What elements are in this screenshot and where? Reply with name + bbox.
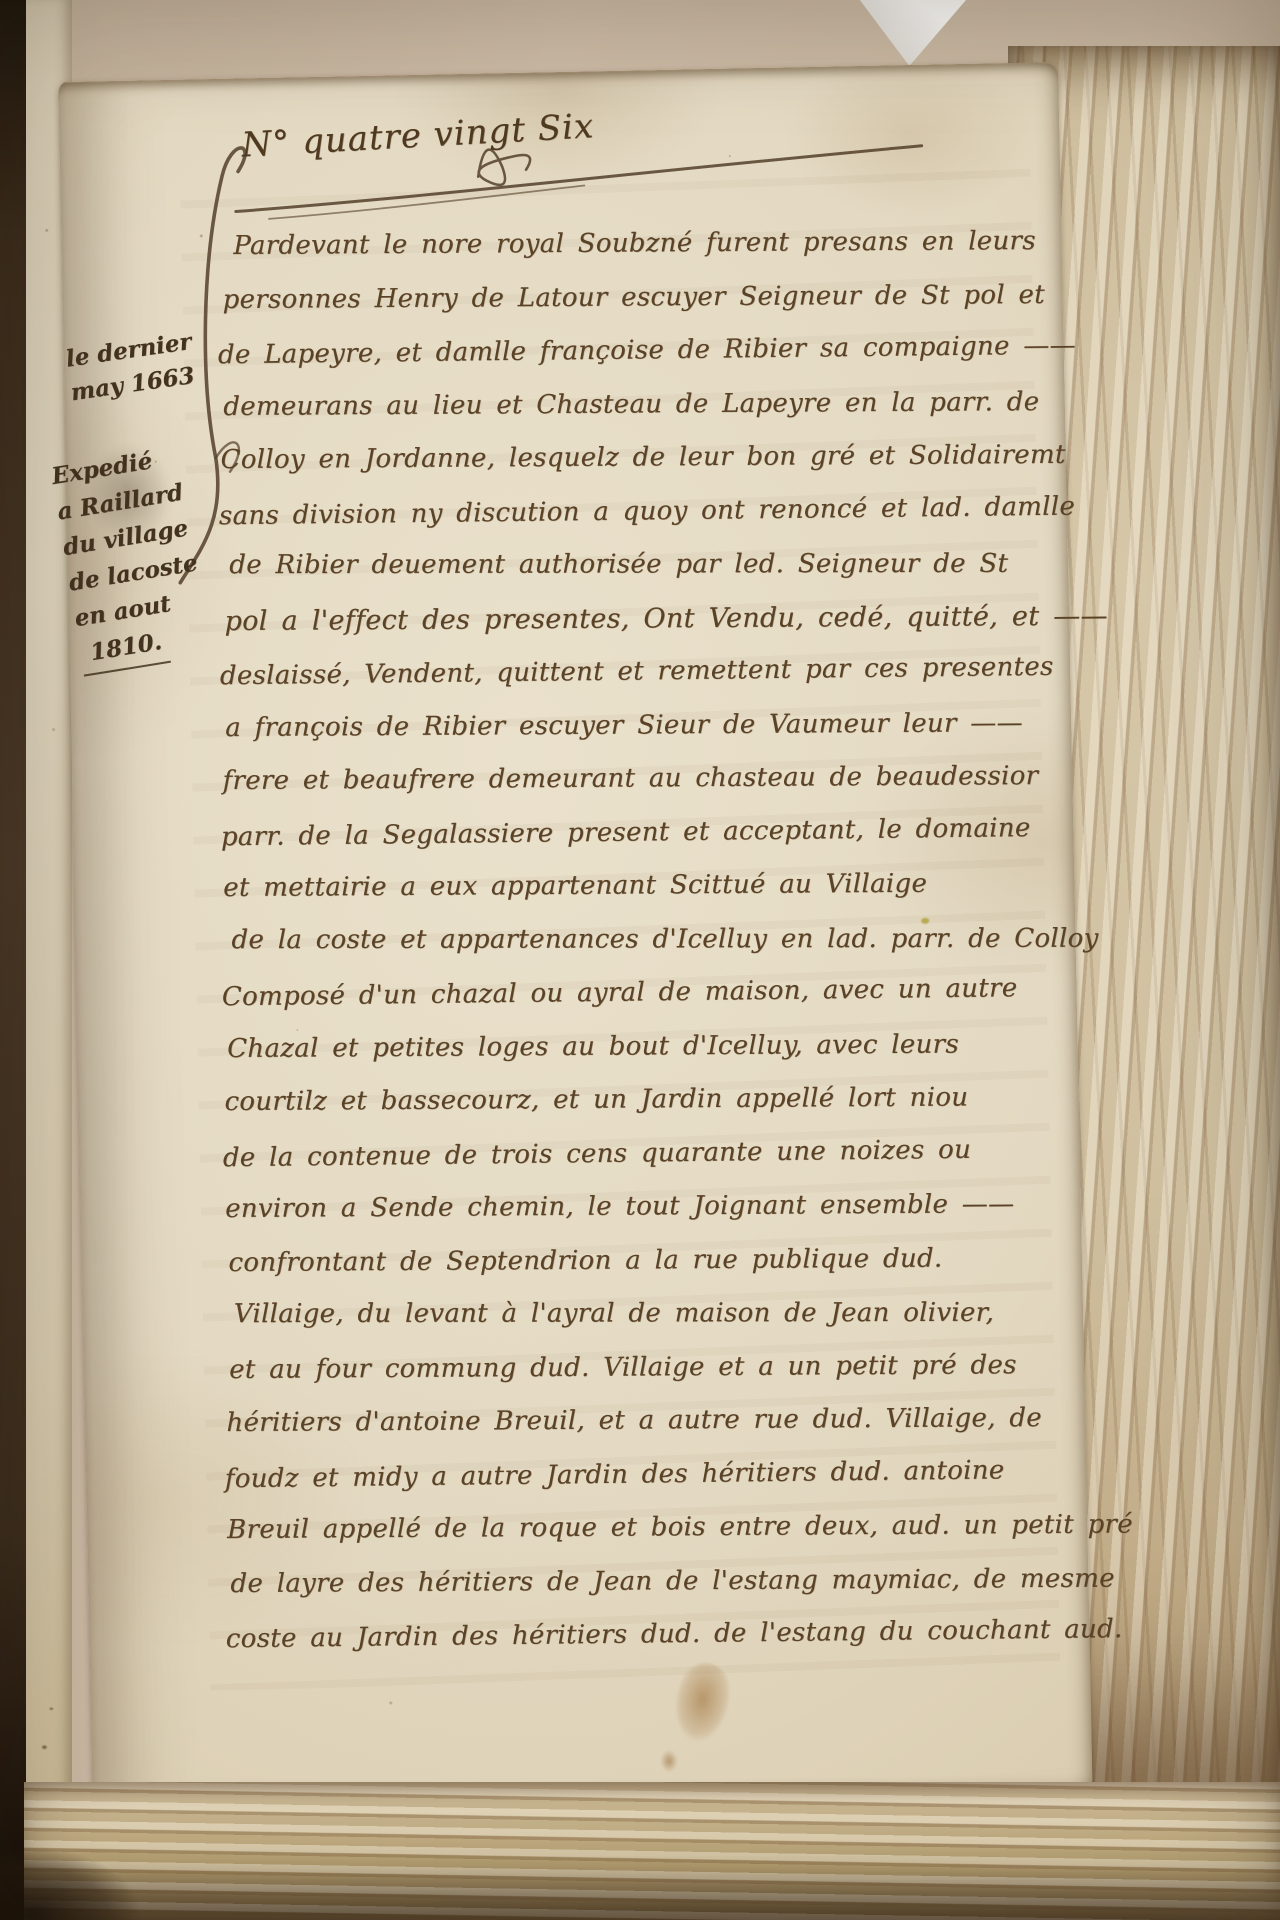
bottom-page-edges [24, 1782, 1280, 1920]
manuscript-line: de la contenue de trois cens quarante un… [223, 1122, 1070, 1185]
manuscript-line: de Ribier deuement authorisée par led. S… [229, 538, 1075, 593]
manuscript-line: foudz et midy a autre Jardin des héritie… [225, 1443, 1072, 1506]
manuscript-line: Breuil appellé de la roque et bois entre… [227, 1499, 1073, 1558]
manuscript-line: confrontant de Septendrion a la rue publ… [228, 1231, 1074, 1290]
manuscript-line: Pardevant le nore royal Soubzné furent p… [219, 215, 1065, 274]
manuscript-line: demeurans au lieu et Chasteau de Lapeyre… [223, 375, 1069, 434]
manuscript-line: parr. de la Segalassiere present et acce… [221, 801, 1068, 864]
manuscript-line: environ a Sende chemin, le tout Joignant… [225, 1178, 1071, 1237]
manuscript-line: sans division ny discution a quoy ont re… [219, 480, 1066, 543]
manuscript-page: N° quatre vingt Six le dernier may 1663 … [58, 62, 1093, 1813]
manuscript-line: héritiers d'antoine Breuil, et a autre r… [226, 1392, 1072, 1451]
manuscript-line: de layre des héritiers de Jean de l'esta… [230, 1552, 1076, 1611]
manuscript-line: et mettairie a eux appartenant Scittué a… [223, 857, 1069, 916]
manuscript-line: et au four commung dud. Villaige et a un… [229, 1338, 1075, 1397]
manuscript-line: Composé d'un chazal ou ayral de maison, … [222, 962, 1069, 1025]
manuscript-line: a françois de Ribier escuyer Sieur de Va… [225, 696, 1071, 755]
manuscript-line: frere et beaufrere demeurant au chasteau… [222, 750, 1068, 809]
bottom-left-shadow [0, 1822, 170, 1920]
manuscript-line: de Lapeyre, et damlle françoise de Ribie… [218, 320, 1065, 383]
manuscript-line: courtilz et bassecourz, et un Jardin app… [224, 1071, 1070, 1130]
book-spine [0, 0, 26, 1920]
manuscript-line: coste au Jardin des héritiers dud. de l'… [226, 1604, 1073, 1667]
manuscript-line: Colloy en Jordanne, lesquelz de leur bon… [220, 429, 1066, 488]
act-body-text: Pardevant le nore royal Soubzné furent p… [219, 215, 1074, 1665]
manuscript-line: de la coste et appartenances d'Icelluy e… [231, 912, 1077, 967]
manuscript-line: Chazal et petites loges au bout d'Icellu… [227, 1017, 1073, 1076]
manuscript-line: Villaige, du levant à l'ayral de maison … [234, 1287, 1080, 1342]
manuscript-line: deslaissé, Vendent, quittent et remetten… [220, 641, 1067, 704]
manuscript-line: personnes Henry de Latour escuyer Seigne… [222, 268, 1068, 327]
manuscript-line: pol a l'effect des presentes, Ont Vendu,… [224, 589, 1070, 648]
